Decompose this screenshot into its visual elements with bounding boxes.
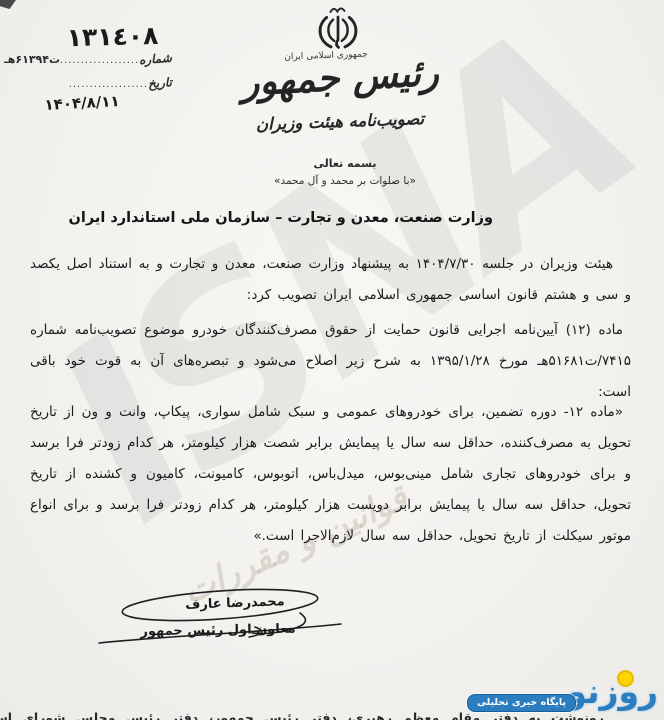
ref-date-leader: ................... <box>69 79 148 90</box>
signature-ink-icon <box>95 583 345 662</box>
body-paragraph-3: «ماده ۱۲- دوره تضمین، برای خودروهای عموم… <box>30 397 631 552</box>
salawat-line: «با صلوات بر محمد و آل محمد» <box>0 175 664 187</box>
ref-number-leader: ................... <box>60 55 139 66</box>
ref-number-row: شماره ................... ت۶۱۳۹۴هـ <box>4 52 172 66</box>
ref-date-label: تاریخ <box>148 75 173 91</box>
besmele-line: بسمه تعالی <box>0 157 664 170</box>
handwritten-date: ۱۴۰۴/۸/۱۱ <box>22 91 143 115</box>
rooznow-tagline-badge: پایگاه خبری تحلیلی <box>467 694 576 712</box>
scanned-letter-page: ISNA قوانین و مقررات جمهوری اسلامی ایران… <box>0 0 664 720</box>
rooznow-logo-icon: روزنو <box>580 670 658 714</box>
body-paragraph-2: ماده (۱۲) آیین‌نامه اجرایی قانون حمایت ا… <box>30 315 631 408</box>
logo-yellow-dot-icon <box>617 670 634 687</box>
ref-number-code: ت۶۱۳۹۴هـ <box>4 53 60 66</box>
handwritten-ref-number: ۱۳۱٤۰۸ <box>55 20 171 52</box>
addressee-line: وزارت صنعت، معدن و تجارت – سازمان ملی اس… <box>69 210 493 226</box>
ref-date-row: تاریخ ................... <box>44 76 172 90</box>
body-paragraph-1: هیئت وزیران در جلسه ۱۴۰۴/۷/۳۰ به پیشنهاد… <box>30 249 631 311</box>
ref-number-label: شماره <box>139 51 173 67</box>
scan-artifact-mark <box>0 0 16 9</box>
president-calligraphy: رئیس جمهور <box>239 51 441 104</box>
rooznow-logo-text: روزنو <box>566 672 658 711</box>
document-type-calligraphy: تصویب‌نامه هیئت وزیران <box>225 108 456 135</box>
rooznow-logo-block: روزنو پایگاه خبری تحلیلی <box>0 668 664 720</box>
